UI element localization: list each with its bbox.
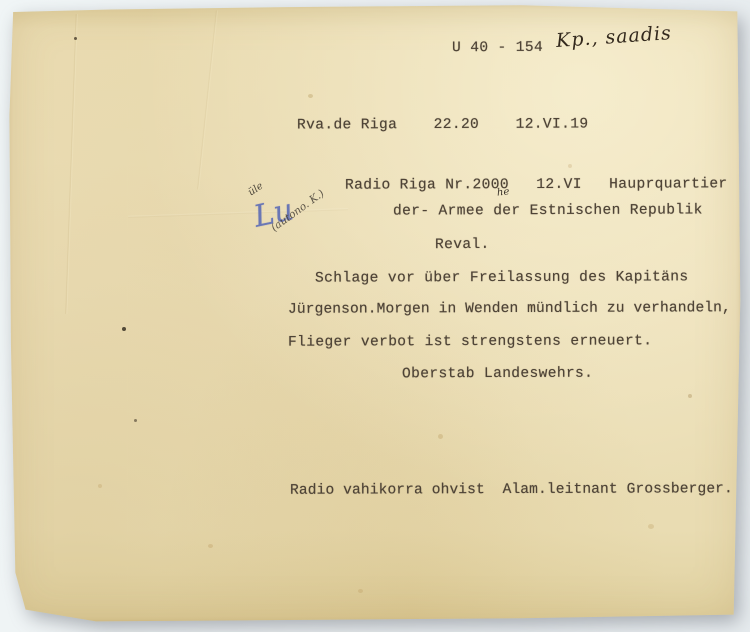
paper-speck — [648, 524, 654, 529]
paper-surface: U 40 - 154 Kp., saadis Rva.de Riga 22.20… — [8, 4, 741, 622]
paper-crease — [128, 208, 348, 218]
body-line-1: Schlage vor über Freilassung des Kapitän… — [315, 269, 688, 286]
body-line-3: Flieger verbot ist strengstens erneuert. — [288, 333, 652, 350]
dateline: Rva.de Riga 22.20 12.VI.19 — [297, 116, 589, 133]
paper-speck — [98, 484, 102, 488]
transmission-line: Radio vahikorra ohvist Alam.leitnant Gro… — [290, 481, 733, 499]
handwritten-dispatch-note: Kp., saadis — [555, 22, 672, 52]
telegram-paper-sheet: U 40 - 154 Kp., saadis Rva.de Riga 22.20… — [8, 4, 741, 622]
paper-speck — [568, 164, 572, 168]
margin-pencil-word: üle — [246, 181, 265, 199]
address-line-2: der- Armee der Estnischen Republik — [393, 202, 703, 219]
address-line-1: Radio Riga Nr.2000 12.VI Hauprquartier — [345, 176, 728, 193]
registry-number: U 40 - 154 — [452, 40, 543, 56]
body-line-2: Jürgenson.Morgen in Wenden mündlich zu v… — [288, 300, 731, 318]
address-line-3: Reval. — [435, 237, 490, 253]
paper-crease — [65, 14, 78, 314]
paper-speck — [308, 94, 313, 98]
scanned-document-scene: U 40 - 154 Kp., saadis Rva.de Riga 22.20… — [0, 0, 750, 632]
paper-speck — [74, 37, 77, 40]
paper-crease — [197, 10, 219, 189]
handwritten-correction-insert: he — [496, 186, 509, 198]
paper-speck — [358, 589, 363, 593]
paper-speck — [134, 419, 137, 422]
signature-line: Oberstab Landeswehrs. — [402, 366, 593, 383]
paper-speck — [122, 327, 126, 331]
paper-speck — [208, 544, 213, 548]
paper-speck — [688, 394, 692, 398]
paper-speck — [438, 434, 443, 439]
